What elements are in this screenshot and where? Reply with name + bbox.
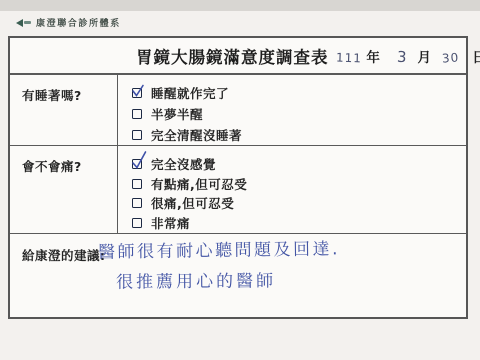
- date-day-label: 日: [472, 46, 480, 66]
- date-month-label: 月: [417, 46, 431, 66]
- handwritten-comment-line-1: 醫師很有耐心聽問題及回達.: [98, 234, 340, 262]
- option-label: 完全清醒沒睡著: [151, 126, 242, 144]
- question-label: 有睡著嗎?: [22, 88, 82, 103]
- checkbox-icon: [132, 159, 142, 169]
- question-options: 睡醒就作完了 半夢半醒 完全清醒沒睡著: [118, 75, 242, 145]
- option-label: 有點痛,但可忍受: [151, 175, 247, 193]
- checkbox-icon: [132, 109, 142, 119]
- scanner-edge-strip: [0, 0, 480, 11]
- option-label: 很痛,但可忍受: [151, 194, 234, 212]
- option-row: 很痛,但可忍受: [132, 194, 247, 214]
- handwritten-comment-line-2: 很推薦用心的醫師: [116, 266, 276, 292]
- form-title-row: 胃鏡大腸鏡滿意度調查表 111 年 3 月 30 日: [10, 38, 466, 75]
- option-row: 非常痛: [132, 213, 247, 233]
- checkmark-icon: [131, 150, 147, 170]
- clinic-brand-name: 康澄聯合診所體系: [36, 16, 121, 29]
- checkbox-icon: [132, 88, 142, 98]
- date-year-label: 年: [366, 46, 380, 66]
- option-label: 睡醒就作完了: [151, 84, 229, 102]
- question-options: 完全沒感覺 有點痛,但可忍受 很痛,但可忍受 非常痛: [118, 146, 247, 233]
- survey-form-table: 胃鏡大腸鏡滿意度調查表 111 年 3 月 30 日 有睡著嗎? 睡醒就作完了 …: [8, 36, 468, 319]
- question-row-pain: 會不會痛? 完全沒感覺 有點痛,但可忍受 很痛,但可忍受 非常痛: [10, 146, 466, 234]
- question-label-cell: 有睡著嗎?: [10, 75, 118, 145]
- date-month-value-handwritten: 3: [396, 47, 407, 66]
- clinic-brand: 康澄聯合診所體系: [16, 16, 121, 29]
- checkbox-icon: [132, 218, 142, 228]
- question-label-cell: 會不會痛?: [10, 146, 118, 233]
- option-label: 非常痛: [151, 214, 190, 232]
- suggestion-label: 給康澄的建議:: [22, 246, 106, 264]
- checkbox-icon: [132, 130, 142, 140]
- form-title: 胃鏡大腸鏡滿意度調查表: [136, 44, 329, 68]
- suggestion-row: 給康澄的建議: 醫師很有耐心聽問題及回達. 很推薦用心的醫師: [10, 234, 466, 319]
- checkbox-icon: [132, 198, 142, 208]
- option-label: 完全沒感覺: [151, 155, 216, 173]
- question-label: 會不會痛?: [22, 159, 82, 174]
- question-row-sleep: 有睡著嗎? 睡醒就作完了 半夢半醒 完全清醒沒睡著: [10, 75, 466, 146]
- option-row: 完全清醒沒睡著: [132, 124, 242, 145]
- form-date: 111 年 3 月 30 日: [329, 46, 480, 66]
- checkmark-icon: [131, 83, 145, 98]
- date-day-value-handwritten: 30: [441, 50, 459, 65]
- option-row: 半夢半醒: [132, 104, 242, 125]
- option-row: 睡醒就作完了: [132, 83, 242, 104]
- clinic-logo-icon: [16, 19, 31, 27]
- option-row: 完全沒感覺: [132, 154, 247, 174]
- option-label: 半夢半醒: [151, 105, 203, 123]
- date-year-value-handwritten: 111: [335, 50, 361, 65]
- checkbox-icon: [132, 179, 142, 189]
- option-row: 有點痛,但可忍受: [132, 174, 247, 194]
